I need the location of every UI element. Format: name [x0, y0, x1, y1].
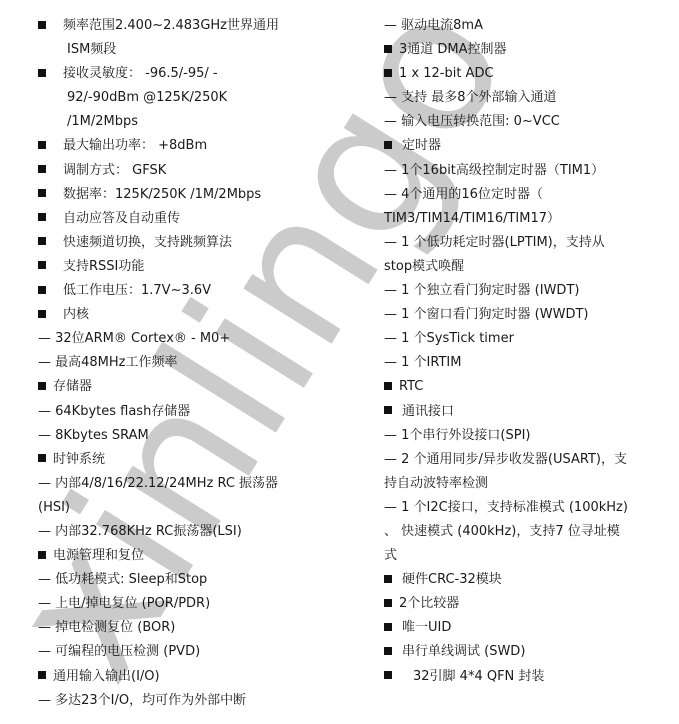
feature-detail: — 64Kbytes flash存储器 [38, 404, 190, 419]
feature-title: 通讯接口 [402, 404, 454, 419]
feature-title: 唯一UID [402, 620, 451, 635]
feature-sub-item: — 1 个低功耗定时器(LPTIM)，支持从 [384, 231, 674, 255]
feature-text: 92/-90dBm @125K/250K [67, 90, 227, 105]
feature-text: /1M/2Mbps [67, 114, 138, 129]
feature-sub-item: — 2 个通用同步/异步收发器(USART)，支 [384, 448, 674, 472]
feature-sub-item: — 1 个窗口看门狗定时器 (WWDT) [384, 303, 674, 327]
feature-title: 串行单线调试 (SWD) [402, 644, 525, 659]
feature-title: 数据率：125K/250K /1M/2Mbps [63, 187, 261, 202]
square-bullet-icon [38, 237, 46, 245]
square-bullet-icon [384, 406, 392, 414]
feature-detail: — 驱动电流8mA [384, 18, 483, 33]
feature-sub-item: — 1 个I2C接口，支持标准模式 (100kHz) [384, 496, 674, 520]
feature-detail: — 低功耗模式: Sleep和Stop [38, 572, 207, 587]
feature-detail: — 支持 最多8个外部输入通道 [384, 90, 557, 105]
feature-title: 1 x 12-bit ADC [399, 66, 494, 81]
feature-sub-item: — 8Kbytes SRAM [38, 424, 338, 448]
feature-title: RTC [399, 379, 423, 394]
feature-detail: — 4个通用的16位定时器（ [384, 187, 543, 202]
feature-detail: — 1 个IRTIM [384, 355, 461, 370]
feature-title: 2个比较器 [399, 596, 459, 611]
feature-sub-item: 、 快速模式 (400kHz)，支持7 位寻址模 [384, 520, 674, 544]
feature-detail: — 多达23个I/O，均可作为外部中断 [38, 693, 246, 708]
feature-bullet-item: 低工作电压：1.7V~3.6V [38, 279, 338, 303]
feature-sub-item: — 掉电检测复位 (BOR) [38, 616, 338, 640]
feature-title: 时钟系统 [53, 452, 105, 467]
feature-bullet-item: 硬件CRC-32模块 [384, 568, 674, 592]
feature-bullet-item: 3通道 DMA控制器 [384, 38, 674, 62]
square-bullet-icon [38, 382, 46, 390]
feature-detail: 持自动波特率检测 [384, 476, 488, 491]
feature-title: 定时器 [402, 138, 441, 153]
feature-title: 内核 [63, 307, 89, 322]
feature-continuation: 92/-90dBm @125K/250K [38, 86, 338, 110]
square-bullet-icon [38, 286, 46, 294]
feature-sub-item: TIM3/TIM14/TIM16/TIM17） [384, 207, 674, 231]
square-bullet-icon [38, 551, 46, 559]
feature-bullet-item: 接收灵敏度： -96.5/-95/ - [38, 62, 338, 86]
feature-title: 快速频道切换，支持跳频算法 [63, 235, 232, 250]
feature-sub-item: — 输入电压转换范围: 0~VCC [384, 110, 674, 134]
square-bullet-icon [384, 575, 392, 583]
feature-bullet-item: 通用输入输出(I/O) [38, 665, 338, 689]
feature-sub-item: — 1个16bit高级控制定时器（TIM1） [384, 159, 674, 183]
feature-detail: — 1 个SysTick timer [384, 331, 514, 346]
square-bullet-icon [384, 69, 392, 77]
feature-continuation: /1M/2Mbps [38, 110, 338, 134]
square-bullet-icon [38, 189, 46, 197]
feature-bullet-item: 电源管理和复位 [38, 544, 338, 568]
feature-title: 调制方式： GFSK [63, 163, 166, 178]
feature-bullet-item: 自动应答及自动重传 [38, 207, 338, 231]
feature-bullet-item: 存储器 [38, 375, 338, 399]
feature-title: 最大输出功率： +8dBm [63, 138, 207, 153]
feature-bullet-item: 频率范围2.400~2.483GHz世界通用 [38, 14, 338, 38]
feature-sub-item: stop模式唤醒 [384, 255, 674, 279]
feature-detail: — 1 个独立看门狗定时器 (IWDT) [384, 283, 579, 298]
feature-bullet-item: 串行单线调试 (SWD) [384, 640, 674, 664]
feature-detail: — 上电/掉电复位 (POR/PDR) [38, 596, 210, 611]
feature-bullet-item: 最大输出功率： +8dBm [38, 134, 338, 158]
feature-detail: — 1个串行外设接口(SPI) [384, 428, 530, 443]
feature-bullet-item: 支持RSSI功能 [38, 255, 338, 279]
square-bullet-icon [38, 141, 46, 149]
feature-detail: — 内部32.768KHz RC振荡器(LSI) [38, 524, 242, 539]
feature-title: 频率范围2.400~2.483GHz世界通用 [63, 18, 279, 33]
feature-sub-item: — 上电/掉电复位 (POR/PDR) [38, 592, 338, 616]
square-bullet-icon [384, 45, 392, 53]
feature-sub-item: — 最高48MHz工作频率 [38, 351, 338, 375]
square-bullet-icon [384, 599, 392, 607]
feature-detail: — 最高48MHz工作频率 [38, 355, 178, 370]
square-bullet-icon [38, 165, 46, 173]
square-bullet-icon [384, 623, 392, 631]
feature-bullet-item: 快速频道切换，支持跳频算法 [38, 231, 338, 255]
feature-sub-item: — 内部32.768KHz RC振荡器(LSI) [38, 520, 338, 544]
feature-sub-item: — 1个串行外设接口(SPI) [384, 424, 674, 448]
feature-bullet-item: 数据率：125K/250K /1M/2Mbps [38, 183, 338, 207]
feature-title: 3通道 DMA控制器 [399, 42, 507, 57]
feature-detail: stop模式唤醒 [384, 259, 464, 274]
feature-bullet-item: 1 x 12-bit ADC [384, 62, 674, 86]
square-bullet-icon [38, 454, 46, 462]
square-bullet-icon [38, 261, 46, 269]
feature-bullet-item: 定时器 [384, 134, 674, 158]
feature-title: 接收灵敏度： -96.5/-95/ - [63, 66, 218, 81]
square-bullet-icon [384, 382, 392, 390]
feature-detail: — 可编程的电压检测 (PVD) [38, 644, 200, 659]
feature-title: 通用输入输出(I/O) [53, 669, 160, 684]
feature-sub-item: (HSI) [38, 496, 338, 520]
feature-sub-item: — 1 个独立看门狗定时器 (IWDT) [384, 279, 674, 303]
feature-detail: — 1个16bit高级控制定时器（TIM1） [384, 163, 604, 178]
feature-detail: — 8Kbytes SRAM [38, 428, 149, 443]
feature-sub-item: 式 [384, 544, 674, 568]
feature-sub-item: — 64Kbytes flash存储器 [38, 400, 338, 424]
feature-detail: — 输入电压转换范围: 0~VCC [384, 114, 560, 129]
feature-title: 低工作电压：1.7V~3.6V [63, 283, 211, 298]
feature-bullet-item: 唯一UID [384, 616, 674, 640]
square-bullet-icon [38, 69, 46, 77]
feature-sub-item: — 1 个IRTIM [384, 351, 674, 375]
feature-list-right: — 驱动电流8mA3通道 DMA控制器1 x 12-bit ADC— 支持 最多… [384, 14, 674, 689]
feature-bullet-item: 内核 [38, 303, 338, 327]
feature-bullet-item: 通讯接口 [384, 400, 674, 424]
feature-title: 电源管理和复位 [53, 548, 144, 563]
feature-detail: — 32位ARM® Cortex® - M0+ [38, 331, 230, 346]
feature-detail: 、 快速模式 (400kHz)，支持7 位寻址模 [384, 524, 620, 539]
feature-title: 支持RSSI功能 [63, 259, 144, 274]
feature-title: 硬件CRC-32模块 [402, 572, 502, 587]
feature-sub-item: — 低功耗模式: Sleep和Stop [38, 568, 338, 592]
feature-sub-item: — 可编程的电压检测 (PVD) [38, 640, 338, 664]
feature-detail: — 掉电检测复位 (BOR) [38, 620, 175, 635]
feature-detail: — 2 个通用同步/异步收发器(USART)，支 [384, 452, 627, 467]
feature-detail: — 1 个I2C接口，支持标准模式 (100kHz) [384, 500, 628, 515]
feature-list-left: 频率范围2.400~2.483GHz世界通用ISM频段接收灵敏度： -96.5/… [38, 14, 338, 713]
feature-detail: 式 [384, 548, 397, 563]
feature-sub-item: — 驱动电流8mA [384, 14, 674, 38]
feature-bullet-item: RTC [384, 375, 674, 399]
feature-detail: (HSI) [38, 500, 70, 515]
feature-sub-item: — 4个通用的16位定时器（ [384, 183, 674, 207]
feature-sub-item: — 多达23个I/O，均可作为外部中断 [38, 689, 338, 713]
feature-title: 自动应答及自动重传 [63, 211, 180, 226]
feature-sub-item: — 支持 最多8个外部输入通道 [384, 86, 674, 110]
feature-text: ISM频段 [67, 42, 116, 57]
feature-title: 32引脚 4*4 QFN 封装 [413, 669, 544, 684]
feature-bullet-item: 32引脚 4*4 QFN 封装 [384, 665, 674, 689]
feature-detail: TIM3/TIM14/TIM16/TIM17） [384, 211, 560, 226]
square-bullet-icon [384, 647, 392, 655]
feature-bullet-item: 时钟系统 [38, 448, 338, 472]
feature-bullet-item: 2个比较器 [384, 592, 674, 616]
feature-sub-item: — 32位ARM® Cortex® - M0+ [38, 327, 338, 351]
feature-detail: — 1 个低功耗定时器(LPTIM)，支持从 [384, 235, 605, 250]
square-bullet-icon [38, 671, 46, 679]
feature-title: 存储器 [53, 379, 92, 394]
square-bullet-icon [384, 141, 392, 149]
feature-bullet-item: 调制方式： GFSK [38, 159, 338, 183]
feature-detail: — 内部4/8/16/22.12/24MHz RC 振荡器 [38, 476, 278, 491]
feature-sub-item: — 内部4/8/16/22.12/24MHz RC 振荡器 [38, 472, 338, 496]
square-bullet-icon [38, 310, 46, 318]
feature-detail: — 1 个窗口看门狗定时器 (WWDT) [384, 307, 588, 322]
feature-continuation: ISM频段 [38, 38, 338, 62]
square-bullet-icon [384, 671, 392, 679]
square-bullet-icon [38, 213, 46, 221]
feature-sub-item: 持自动波特率检测 [384, 472, 674, 496]
feature-sub-item: — 1 个SysTick timer [384, 327, 674, 351]
square-bullet-icon [38, 21, 46, 29]
